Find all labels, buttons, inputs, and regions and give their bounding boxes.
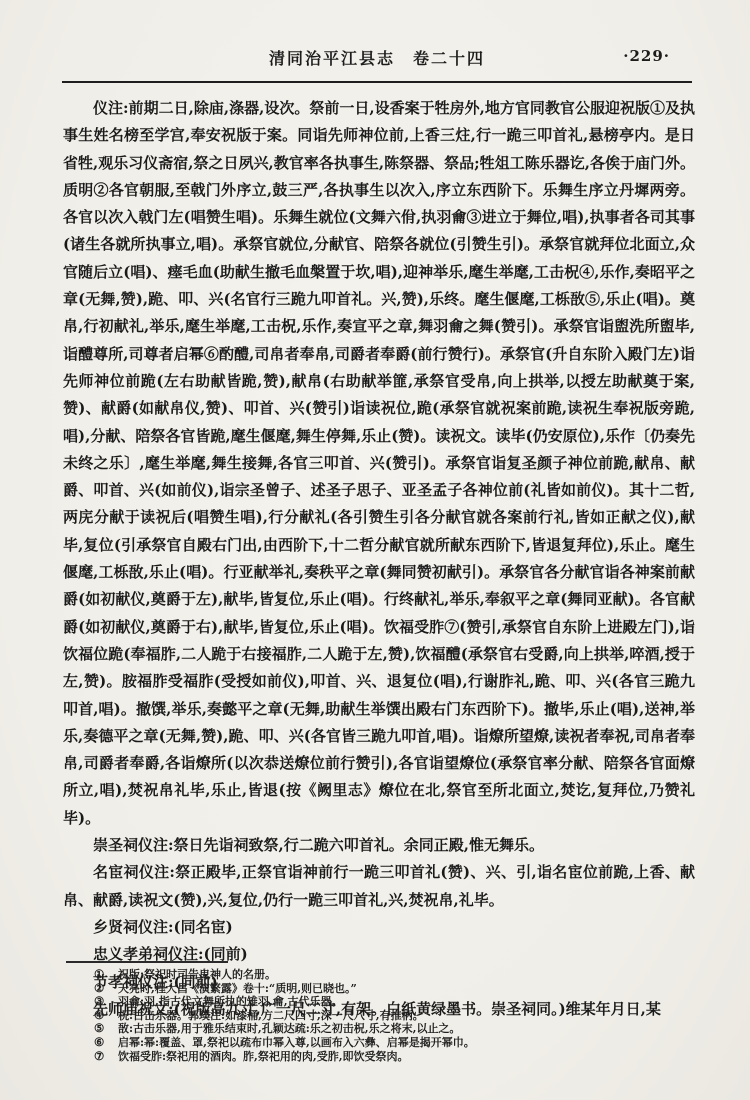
footnote-row: ② 天亮时,程大昌《演繁露》卷十:“质明,则已晓也。” — [94, 982, 704, 996]
footnote-text: 饮福受胙:祭祀用的酒肉。胙,祭祀用的肉,受胙,即饮受祭肉。 — [118, 1050, 704, 1064]
header-rule — [62, 81, 692, 83]
footnote-row: ③ 羽龠:羽,指古代文舞所执的雉羽,龠,古代乐器。 — [94, 995, 704, 1009]
footnote-marker: ② — [94, 982, 118, 996]
page-title: 清同治平江县志 卷二十四 — [62, 46, 692, 69]
paragraph-xiangxian-shrine: 乡贤祠仪注:(同名宦) — [63, 914, 695, 941]
scanned-page: 清同治平江县志 卷二十四 ·229· 仪注:前期二日,除庙,涤器,设次。祭前一日… — [0, 0, 750, 1100]
footnote-row: ④ 柷:古击乐器。郭璞注:如漆桶,方二尺四寸,深一尺八寸,有推柄。 — [94, 1009, 704, 1023]
footnote-marker: ⑤ — [94, 1022, 118, 1036]
footnote-marker: ③ — [94, 995, 118, 1009]
footnote-row: ⑦ 饮福受胙:祭祀用的酒肉。胙,祭祀用的肉,受胙,即饮受祭肉。 — [94, 1050, 704, 1064]
page-number: ·229· — [623, 47, 670, 65]
footnote-marker: ⑦ — [94, 1050, 118, 1064]
footnotes: ① 祝版:祭祀时司告鬼神人的名册。 ② 天亮时,程大昌《演繁露》卷十:“质明,则… — [94, 968, 704, 1063]
footnote-text: 羽龠:羽,指古代文舞所执的雉羽,龠,古代乐器。 — [118, 995, 704, 1009]
footnote-marker: ① — [94, 968, 118, 982]
paragraph-zhongyi-shrine: 忠义孝弟祠仪注:(同前) — [63, 941, 695, 968]
body-text: 仪注:前期二日,除庙,涤器,设次。祭前一日,设香案于牲房外,地方官同教官公服迎祝… — [63, 95, 695, 1023]
footnote-text: 柷:古击乐器。郭璞注:如漆桶,方二尺四寸,深一尺八寸,有推柄。 — [118, 1009, 704, 1023]
footnote-text: 祝版:祭祀时司告鬼神人的名册。 — [118, 968, 704, 982]
footnote-text: 天亮时,程大昌《演繁露》卷十:“质明,则已晓也。” — [118, 982, 704, 996]
paragraph-chongsheng-shrine: 崇圣祠仪注:祭日先诣祠致祭,行二跪六叩首礼。余同正殿,惟无舞乐。 — [63, 832, 695, 859]
page-header: 清同治平江县志 卷二十四 ·229· — [62, 46, 692, 74]
footnote-marker: ④ — [94, 1009, 118, 1023]
footnote-divider — [66, 961, 228, 963]
footnote-row: ⑥ 启幂:幂:覆盖、罩,祭祀以疏布巾幂入尊,以画布入六彝、启幂是揭开幂巾。 — [94, 1036, 704, 1050]
paragraph-minghuan-shrine: 名宦祠仪注:祭正殿毕,正祭官诣神前行一跪三叩首礼(赞)、兴、引,诣名宦位前跪,上… — [63, 859, 695, 914]
footnote-text: 启幂:幂:覆盖、罩,祭祀以疏布巾幂入尊,以画布入六彝、启幂是揭开幂巾。 — [118, 1036, 704, 1050]
footnote-row: ⑤ 敔:古击乐器,用于雅乐结束时,孔颖达疏:乐之初击柷,乐之将末,以止之。 — [94, 1022, 704, 1036]
footnote-row: ① 祝版:祭祀时司告鬼神人的名册。 — [94, 968, 704, 982]
footnote-text: 敔:古击乐器,用于雅乐结束时,孔颖达疏:乐之初击柷,乐之将末,以止之。 — [118, 1022, 704, 1036]
paragraph-ritual-notes: 仪注:前期二日,除庙,涤器,设次。祭前一日,设香案于牲房外,地方官同教官公服迎祝… — [63, 95, 695, 832]
footnote-marker: ⑥ — [94, 1036, 118, 1050]
